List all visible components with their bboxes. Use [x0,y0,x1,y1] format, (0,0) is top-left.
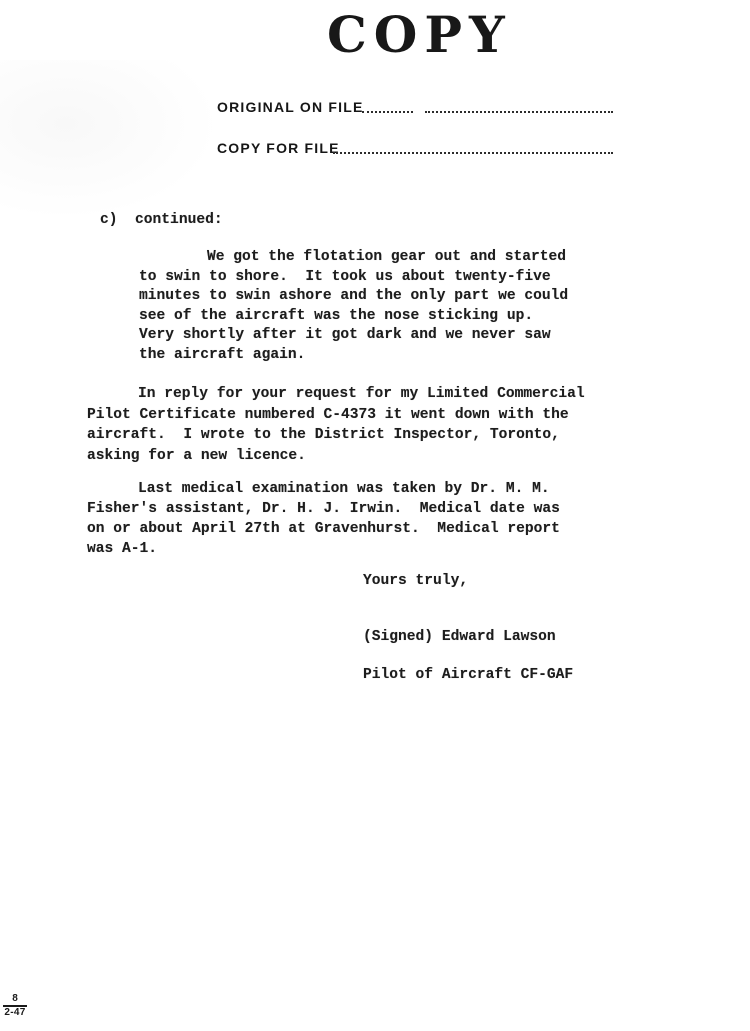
closing-text: Yours truly, [363,572,468,592]
body-line: on or about April 27th at Gravenhurst. M… [87,519,560,539]
section-heading: c) continued: [100,211,223,231]
signature-title-text: Pilot of Aircraft CF-GAF [363,666,573,686]
scanned-letter-page: COPY ORIGINAL ON FILE COPY FOR FILE c) c… [0,0,750,1031]
original-on-file-label: ORIGINAL ON FILE [217,99,364,115]
body-line: the aircraft again. [139,346,568,366]
body-line: was A-1. [87,539,560,559]
paragraph-pilot-certificate: In reply for your request for my Limited… [87,384,585,466]
body-line: Very shortly after it got dark and we ne… [139,326,568,346]
copy-stamp: COPY [327,10,512,60]
section-heading-text: c) continued: [100,211,223,231]
original-on-file-dotted-line-segment-2 [425,103,613,113]
body-line: In reply for your request for my Limited… [87,384,585,405]
signature-title-line: Pilot of Aircraft CF-GAF [363,666,573,686]
body-line: Fisher's assistant, Dr. H. J. Irwin. Med… [87,499,560,519]
body-line: aircraft. I wrote to the District Inspec… [87,425,585,446]
form-number-numerator: 8 [3,994,27,1004]
body-line: asking for a new licence. [87,446,585,467]
original-on-file-dotted-line-segment-1 [362,103,413,113]
body-line: Last medical examination was taken by Dr… [87,479,560,499]
body-line: We got the flotation gear out and starte… [139,248,568,268]
signature-name-line: (Signed) Edward Lawson [363,628,556,648]
form-number-mark: 8 2-47 [3,994,27,1018]
paragraph-flotation-gear: We got the flotation gear out and starte… [139,248,568,365]
body-line: see of the aircraft was the nose stickin… [139,307,568,327]
body-line: Pilot Certificate numbered C-4373 it wen… [87,405,585,426]
paragraph-medical-examination: Last medical examination was taken by Dr… [87,479,560,559]
copy-for-file-label: COPY FOR FILE [217,140,340,156]
body-line: minutes to swin ashore and the only part… [139,287,568,307]
signature-name-text: (Signed) Edward Lawson [363,628,556,648]
form-number-denominator: 2-47 [3,1008,27,1018]
closing: Yours truly, [363,572,468,592]
body-line: to swin to shore. It took us about twent… [139,268,568,288]
copy-for-file-dotted-line [333,144,613,154]
